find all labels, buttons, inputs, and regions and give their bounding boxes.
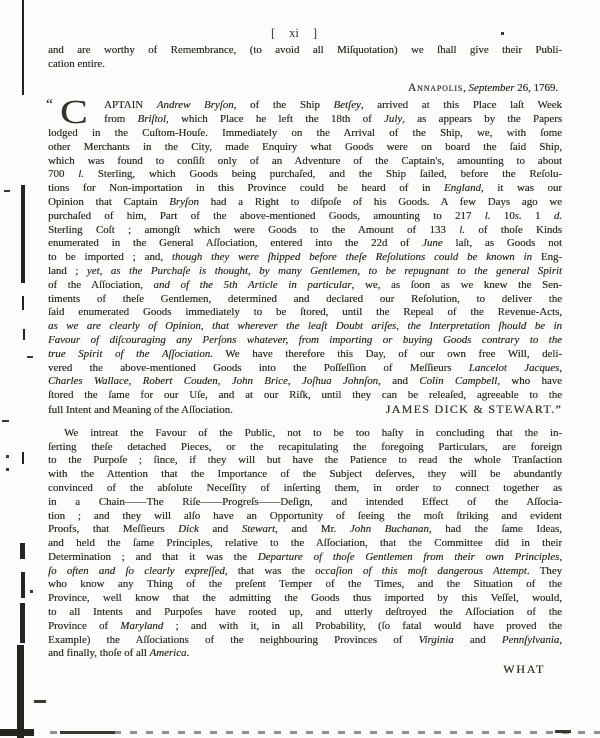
- text-segment: timents of theſe Gentlemen, determined a…: [48, 293, 562, 305]
- text-segment: America: [150, 647, 187, 659]
- text-segment: which was found to conſiſt only of an Ad…: [48, 155, 562, 167]
- text-segment: and held the ſame Principles, relative t…: [48, 537, 562, 549]
- open-quote-mark: “: [46, 99, 52, 113]
- text-segment: and finally, thoſe of all: [48, 647, 150, 659]
- text-segment: tions for Non-importation in this Provin…: [48, 182, 444, 194]
- text-line: full Intent and Meaning of the Aſſociati…: [48, 403, 562, 418]
- text-segment: ; and with it, in all Probability, (ſo f…: [163, 620, 562, 632]
- text-column: and are worthy of Remembrance, (to avoid…: [48, 44, 562, 677]
- text-segment: We have therefore this Day, of our own f…: [213, 348, 562, 360]
- text-line: lodged in the Cuſtom-Houſe. Immediately …: [48, 127, 562, 141]
- text-line: from Briſtol, which Place he left the 18…: [48, 113, 562, 127]
- text-segment: ſaid enumerated Goods immediately to be …: [48, 306, 562, 318]
- text-segment: 1: [522, 210, 554, 222]
- text-segment: June: [422, 237, 443, 249]
- scan-noise: [27, 356, 33, 358]
- text-line: ſo often and ſo clearly expreſſed, that …: [48, 565, 562, 579]
- text-segment: cation entire.: [48, 58, 105, 70]
- text-line: Province of Maryland ; and with it, in a…: [48, 620, 562, 634]
- text-segment: , it was our: [481, 182, 562, 194]
- text-segment: though they were ſhipped before theſe Re…: [172, 251, 532, 263]
- text-segment: , as appears by the Papers: [402, 113, 562, 125]
- text-line: to the Purpoſe ; ſince, if they will but…: [48, 454, 562, 468]
- text-segment: true Spirit of the Aſſociation.: [48, 348, 213, 360]
- text-line: vered the above-mentioned Goods into the…: [48, 362, 562, 376]
- text-segment: Sterling Coſt ; amongſt which were Goods…: [48, 224, 459, 236]
- text-segment: July: [384, 113, 402, 125]
- bottom-edge-artifact: [60, 731, 115, 734]
- text-line: which was found to conſiſt only of an Ad…: [48, 155, 562, 169]
- binding-line-artifact: [20, 543, 25, 559]
- text-segment: , of the Ship: [234, 99, 334, 111]
- text-line: Province, well know that the admitting t…: [48, 592, 562, 606]
- text-segment: ſerting theſe detached Pieces, or the re…: [48, 441, 562, 453]
- text-segment: .: [186, 647, 189, 659]
- text-segment: , arrived at this Place laſt Week: [361, 99, 562, 111]
- text-segment: of the Aſſociation,: [48, 279, 153, 291]
- text-segment: Stewart: [242, 523, 275, 535]
- text-segment: purchaſed of him, Part of the above-ment…: [48, 210, 485, 222]
- text-segment: Charles Wallace, Robert Couden, John Bri…: [48, 375, 378, 387]
- text-segment: We intreat the Favour of the Public, not…: [64, 427, 562, 439]
- text-segment: , that was the: [225, 565, 315, 577]
- text-line: cation entire.: [48, 58, 562, 72]
- text-line: other Merchants in the City, made Enquir…: [48, 141, 562, 155]
- text-line: Sterling Coſt ; amongſt which were Goods…: [48, 224, 562, 238]
- text-segment: Betſey: [334, 99, 361, 111]
- bottom-edge-artifact: [555, 730, 571, 733]
- text-segment: as we are clearly of Opinion, that where…: [48, 320, 562, 332]
- text-segment: convinced of the abſolute Neceſſity of i…: [48, 482, 562, 494]
- binding-line-artifact: [23, 329, 25, 340]
- bottom-edge-artifact: [0, 729, 34, 736]
- text-segment: full Intent and Meaning of the Aſſociati…: [48, 404, 233, 418]
- text-segment: John Buchanan: [350, 523, 429, 535]
- text-line: enumerated in the General Aſſociation, e…: [48, 237, 562, 251]
- text-segment: in a Chain——The Riſe——Progreſs——Deſign, …: [48, 496, 562, 508]
- text-segment: to all Intents and Purpoſes have rooted …: [48, 606, 562, 618]
- text-line: Charles Wallace, Robert Couden, John Bri…: [48, 375, 562, 389]
- text-segment: tion ; and they will alſo have an Opport…: [48, 510, 562, 522]
- page-folio: [ xi ]: [0, 26, 594, 41]
- text-segment: ,: [559, 634, 562, 646]
- text-segment: . They: [527, 565, 562, 577]
- scan-noise: [34, 700, 46, 703]
- text-segment: 26, 1769.: [514, 82, 558, 94]
- text-segment: and: [199, 523, 242, 535]
- text-segment: s.: [515, 210, 522, 222]
- text-segment: Pennſylvania: [502, 634, 559, 646]
- text-segment: Province, well know that the admitting t…: [48, 592, 562, 604]
- text-segment: Departure of thoſe Gentlemen from their …: [258, 551, 562, 563]
- text-segment: who know any Thing of the preſent Temper…: [48, 578, 562, 590]
- text-segment: vered the above-mentioned Goods into the…: [48, 362, 469, 374]
- text-line: to all Intents and Purpoſes have rooted …: [48, 606, 562, 620]
- text-segment: from: [104, 113, 138, 125]
- scan-noise: [6, 468, 9, 471]
- text-line: Annapolis, September 26, 1769.: [48, 82, 562, 96]
- text-line: to be imported ; and, though they were ſ…: [48, 251, 562, 265]
- catchword: WHAT: [503, 662, 545, 676]
- text-segment: and are worthy of Remembrance, (to avoid…: [48, 44, 562, 56]
- text-segment: Opinion that Captain: [48, 196, 169, 208]
- text-line: ſerting theſe detached Pieces, or the re…: [48, 441, 562, 455]
- text-line: tions for Non-importation in this Provin…: [48, 182, 562, 196]
- binding-line-artifact: [22, 452, 24, 464]
- text-line: of the Aſſociation, and of the 5th Artic…: [48, 279, 562, 293]
- folio-bracket-right: ]: [313, 26, 317, 41]
- text-segment: Dick: [178, 523, 199, 535]
- commentary-paragraph: We intreat the Favour of the Public, not…: [48, 427, 562, 662]
- text-segment: Annapolis: [408, 82, 463, 94]
- text-segment: ,: [559, 362, 562, 374]
- text-segment: Briſtol: [138, 113, 166, 125]
- text-segment: , and Mr.: [275, 523, 350, 535]
- text-line: timents of theſe Gentlemen, determined a…: [48, 293, 562, 307]
- text-segment: land ;: [48, 265, 87, 277]
- text-segment: Sterling, which Goods being purchaſed, a…: [84, 168, 562, 180]
- text-line: purchaſed of him, Part of the above-ment…: [48, 210, 562, 224]
- text-segment: Proofs, that Meſſieurs: [48, 523, 178, 535]
- text-line: true Spirit of the Aſſociation. We have …: [48, 348, 562, 362]
- text-segment: laſt, as Goods not: [443, 237, 562, 249]
- text-line: and finally, thoſe of all America.: [48, 647, 562, 661]
- text-line: convinced of the abſolute Neceſſity of i…: [48, 482, 562, 496]
- intro-paragraph: and are worthy of Remembrance, (to avoid…: [48, 44, 562, 72]
- text-segment: ſo often and ſo clearly expreſſed: [48, 565, 225, 577]
- scan-noise: [6, 455, 9, 458]
- text-segment: Virginia: [419, 634, 454, 646]
- text-segment: other Merchants in the City, made Enquir…: [48, 141, 562, 153]
- text-segment: Determination ; and that it was the: [48, 551, 258, 563]
- text-line: ſtored the ſame for our Uſe, and at our …: [48, 389, 562, 403]
- text-line: who know any Thing of the preſent Temper…: [48, 578, 562, 592]
- binding-line-artifact: [21, 185, 25, 283]
- text-line: APTAIN Andrew Bryſon, of the Ship Betſey…: [48, 99, 562, 113]
- text-segment: Maryland: [120, 620, 163, 632]
- text-segment: 700: [48, 168, 78, 180]
- scan-noise: [30, 590, 33, 593]
- scan-noise: [2, 420, 9, 422]
- text-segment: JAMES DICK & STEWART.”: [386, 403, 562, 417]
- folio-bracket-left: [: [271, 26, 275, 41]
- text-line: and are worthy of Remembrance, (to avoid…: [48, 44, 562, 58]
- text-segment: occaſion of this moſt dangerous Attempt: [315, 565, 527, 577]
- text-segment: , who have: [497, 375, 562, 387]
- text-segment: Lancelot Jacques: [469, 362, 560, 374]
- bottom-edge-artifact: [50, 731, 600, 734]
- text-segment: Eng-: [532, 251, 562, 263]
- text-segment: to the Purpoſe ; ſince, if they will but…: [48, 454, 562, 466]
- text-segment: enumerated in the General Aſſociation, e…: [48, 237, 422, 249]
- text-segment: Example) the Aſſociations of the neighbo…: [48, 634, 419, 646]
- text-segment: had a Right to diſpoſe of his Goods. A f…: [199, 196, 562, 208]
- text-segment: APTAIN: [104, 99, 157, 111]
- text-line: as we are clearly of Opinion, that where…: [48, 320, 562, 334]
- binding-line-artifact: [17, 645, 24, 738]
- binding-line-artifact: [22, 0, 24, 95]
- text-segment: and: [454, 634, 502, 646]
- text-segment: yet, as the Purchaſe is thought, by many…: [87, 265, 562, 277]
- text-line: Example) the Aſſociations of the neighbo…: [48, 634, 562, 648]
- text-segment: , had the ſame Ideas,: [429, 523, 562, 535]
- folio-number: xi: [289, 26, 299, 41]
- text-line: Determination ; and that it was the Depa…: [48, 551, 562, 565]
- text-segment: to be imported ; and,: [48, 251, 172, 263]
- text-segment: Colin Campbell: [419, 375, 497, 387]
- text-line: and held the ſame Principles, relative t…: [48, 537, 562, 551]
- text-segment: d.: [554, 210, 562, 222]
- letter-paragraph: “ C APTAIN Andrew Bryſon, of the Ship Be…: [48, 99, 562, 417]
- catchword-row: WHAT: [48, 663, 562, 677]
- text-line: 700 l. Sterling, which Goods being purch…: [48, 168, 562, 182]
- text-line: tion ; and they will alſo have an Opport…: [48, 510, 562, 524]
- text-line: with the Attention that the Importance o…: [48, 468, 562, 482]
- text-segment: , we, as ſoon as we knew the Sen-: [352, 279, 562, 291]
- binding-line-artifact: [21, 572, 25, 598]
- text-line: Favour of diſcouraging any Perſons whate…: [48, 334, 562, 348]
- dateline: Annapolis, September 26, 1769.: [48, 82, 562, 96]
- text-line: land ; yet, as the Purchaſe is thought, …: [48, 265, 562, 279]
- text-segment: , which Place he left the 18th of: [166, 113, 384, 125]
- text-segment: of thoſe Kinds: [465, 224, 562, 236]
- text-line: We intreat the Favour of the Public, not…: [48, 427, 562, 441]
- text-segment: , and: [378, 375, 419, 387]
- text-line: ſaid enumerated Goods immediately to be …: [48, 306, 562, 320]
- drop-cap: C: [60, 98, 88, 128]
- text-segment: 10: [490, 210, 514, 222]
- text-line: Opinion that Captain Bryſon had a Right …: [48, 196, 562, 210]
- text-segment: and of the 5th Article in particular: [153, 279, 351, 291]
- text-segment: Province of: [48, 620, 120, 632]
- text-segment: with the Attention that the Importance o…: [48, 468, 562, 480]
- text-segment: England: [444, 182, 481, 194]
- text-segment: September: [468, 82, 514, 94]
- binding-line-artifact: [22, 296, 24, 310]
- text-segment: Bryſon: [169, 196, 199, 208]
- binding-line-artifact: [20, 603, 25, 643]
- scan-noise: [4, 190, 10, 192]
- text-segment: Andrew Bryſon: [157, 99, 234, 111]
- text-segment: Favour of diſcouraging any Perſons whate…: [48, 334, 562, 346]
- text-segment: lodged in the Cuſtom-Houſe. Immediately …: [48, 127, 562, 139]
- text-segment: ſtored the ſame for our Uſe, and at our …: [48, 389, 562, 401]
- text-line: in a Chain——The Riſe——Progreſs——Deſign, …: [48, 496, 562, 510]
- text-line: Proofs, that Meſſieurs Dick and Stewart,…: [48, 523, 562, 537]
- scanned-document-page: [ xi ] and are worthy of Remembrance, (t…: [0, 0, 600, 738]
